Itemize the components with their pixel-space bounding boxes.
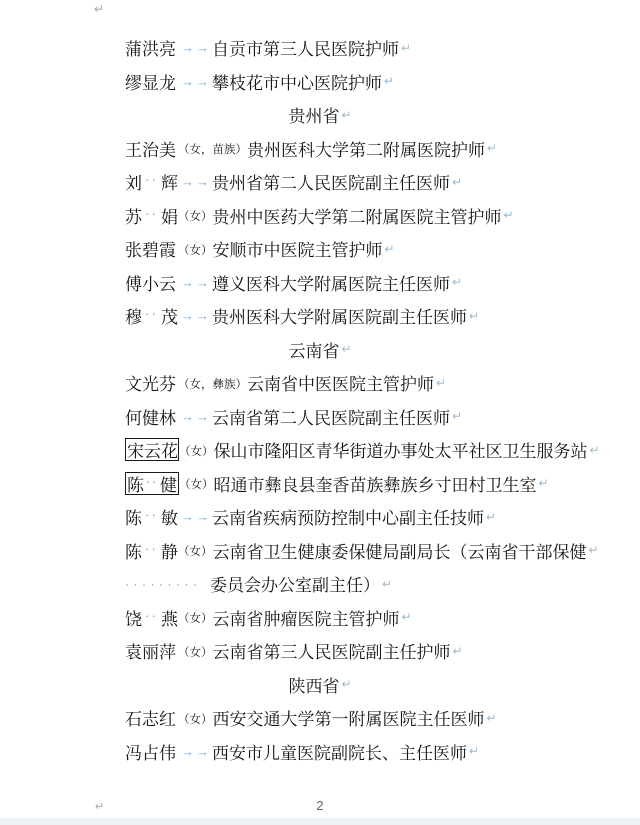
affiliation-text: 云南省疾病预防控制中心副主任技师 <box>212 504 484 529</box>
tab-marks: →→ <box>178 74 212 89</box>
tab-arrow-icon: → <box>181 40 194 55</box>
document-page: ↵ 蒲洪亮→→自贡市第三人民医院护师↵缪显龙→→攀枝花市中心医院护师↵贵州省↵王… <box>0 0 640 818</box>
paragraph-mark-icon: ↵ <box>469 744 479 758</box>
paragraph-mark-icon: ↵ <box>382 577 392 591</box>
gender-qualifier: （女） <box>178 541 213 559</box>
tab-arrow-icon: → <box>196 308 209 323</box>
gender-qualifier: （女） <box>178 240 213 258</box>
tab-arrow-icon: → <box>196 174 209 189</box>
entry-line: 何健林→→云南省第二人民医院副主任医师↵ <box>0 400 640 434</box>
paragraph-mark-icon: ↵ <box>452 275 462 289</box>
person-name: 宋云花 <box>127 437 178 462</box>
entry-line: 宋云花（女）保山市隆阳区青华街道办事处太平社区卫生服务站↵ <box>0 433 640 467</box>
entry-line: 王治美（女，苗族）贵州医科大学第二附属医院护师↵ <box>0 132 640 166</box>
tab-marks: →→ <box>178 275 212 290</box>
entry-line: 傅小云→→遵义医科大学附属医院主任医师↵ <box>0 266 640 300</box>
tab-arrow-icon: → <box>181 174 194 189</box>
entry-line: 缪显龙→→攀枝花市中心医院护师↵ <box>0 65 640 99</box>
paragraph-mark-icon: ↵ <box>504 208 514 222</box>
entry-line: 穆··茂→→贵州医科大学附属医院副主任医师↵ <box>0 299 640 333</box>
section-heading: 云南省↵ <box>0 333 640 367</box>
name-box: 宋云花 <box>125 438 179 461</box>
affiliation-text: 云南省第二人民医院副主任医师 <box>212 404 450 429</box>
person-name: 饶··燕 <box>125 605 178 630</box>
paragraph-mark-icon: ↵ <box>452 175 462 189</box>
tab-arrow-icon: → <box>181 308 194 323</box>
person-name: 傅小云 <box>125 270 178 295</box>
person-name: 辉 <box>161 169 178 194</box>
tab-arrow-icon: → <box>181 275 194 290</box>
entry-continuation-line: ·········委员会办公室副主任）↵ <box>0 567 640 601</box>
gender-qualifier: （女） <box>178 642 213 660</box>
affiliation-text: 云南省肿瘤医院主管护师 <box>213 605 400 630</box>
person-name: 张碧霞 <box>125 236 176 261</box>
person-name: 何健林 <box>125 404 176 429</box>
person-name: 苏 <box>125 203 142 228</box>
tab-arrow-icon: → <box>196 509 209 524</box>
person-name: 穆 <box>125 303 142 328</box>
person-name: 王治美 <box>125 136 176 161</box>
tab-marks: →→ <box>178 40 212 55</box>
person-name: 燕 <box>161 605 178 630</box>
gender-qualifier: （女，苗族） <box>178 139 247 157</box>
space-marks: ·· <box>146 474 159 489</box>
person-name: 茂 <box>161 303 178 328</box>
tab-marks: →→ <box>178 509 212 524</box>
page-footer: ↵ 2 <box>0 797 640 817</box>
person-name: 冯占伟 <box>125 739 178 764</box>
affiliation-text: 贵州中医药大学第二附属医院主管护师 <box>213 203 502 228</box>
affiliation-text: 自贡市第三人民医院护师 <box>212 35 399 60</box>
section-title: 贵州省 <box>288 102 339 127</box>
section-heading: 贵州省↵ <box>0 98 640 132</box>
person-name: 冯占伟 <box>125 739 176 764</box>
paragraph-mark-icon: ↵ <box>436 376 446 390</box>
entry-line: 陈··健（女）昭通市彝良县奎香苗族彝族乡寸田村卫生室↵ <box>0 467 640 501</box>
entry-line: 袁丽萍（女）云南省第三人民医院副主任护师↵ <box>0 634 640 668</box>
paragraph-mark-icon: ↵ <box>469 309 479 323</box>
affiliation-text: 贵州医科大学附属医院副主任医师 <box>212 303 467 328</box>
tab-arrow-icon: → <box>181 744 194 759</box>
person-name: 王治美 <box>125 136 178 161</box>
gender-qualifier: （女） <box>178 206 213 224</box>
tab-marks: →→ <box>178 409 212 424</box>
person-name: 刘 <box>125 169 142 194</box>
gender-qualifier: （女） <box>178 709 213 727</box>
paragraph-mark-icon: ↵ <box>341 677 351 691</box>
affiliation-text: 贵州省第二人民医院副主任医师 <box>212 169 450 194</box>
section-title: 陕西省 <box>288 672 339 697</box>
space-marks: ·· <box>145 306 158 321</box>
space-marks: ·· <box>145 608 158 623</box>
space-marks: ·· <box>145 541 158 556</box>
affiliation-text: 云南省中医医院主管护师 <box>247 370 434 395</box>
paragraph-mark-icon: ↵ <box>385 242 395 256</box>
page-number: 2 <box>0 798 640 813</box>
person-name: 石志红 <box>125 705 178 730</box>
person-name: 刘··辉 <box>125 169 178 194</box>
tab-arrow-icon: → <box>196 409 209 424</box>
entry-line: 饶··燕（女）云南省肿瘤医院主管护师↵ <box>0 601 640 635</box>
tab-arrow-icon: → <box>196 74 209 89</box>
paragraph-mark-icon: ↵ <box>453 644 463 658</box>
person-name: 饶 <box>125 605 142 630</box>
affiliation-text: 委员会办公室副主任） <box>210 571 380 596</box>
space-marks: ·· <box>145 206 158 221</box>
person-name: 陈 <box>125 504 142 529</box>
space-marks: ········· <box>125 577 210 591</box>
entry-line: 石志红（女）西安交通大学第一附属医院主任医师↵ <box>0 701 640 735</box>
affiliation-text: 云南省第三人民医院副主任护师 <box>213 638 451 663</box>
person-name: 敏 <box>161 504 178 529</box>
paragraph-mark-icon: ↵ <box>402 610 412 624</box>
tab-marks: →→ <box>178 744 212 759</box>
entry-line: 冯占伟→→西安市儿童医院副院长、主任医师↵ <box>0 735 640 769</box>
tab-arrow-icon: → <box>196 275 209 290</box>
person-name: 袁丽萍 <box>125 638 178 663</box>
person-name: 缪显龙 <box>125 69 178 94</box>
entry-line: 陈··敏→→云南省疾病预防控制中心副主任技师↵ <box>0 500 640 534</box>
affiliation-text: 云南省卫生健康委保健局副局长（云南省干部保健 <box>213 538 587 563</box>
gender-qualifier: （女） <box>179 474 214 492</box>
affiliation-text: 攀枝花市中心医院护师 <box>212 69 382 94</box>
paragraph-mark-icon: ↵ <box>590 443 600 457</box>
gender-qualifier: （女，彝族） <box>178 374 247 392</box>
affiliation-text: 贵州医科大学第二附属医院护师 <box>247 136 485 161</box>
tab-arrow-icon: → <box>181 74 194 89</box>
document-body: 蒲洪亮→→自贡市第三人民医院护师↵缪显龙→→攀枝花市中心医院护师↵贵州省↵王治美… <box>0 31 640 768</box>
paragraph-mark-icon: ↵ <box>341 342 351 356</box>
affiliation-text: 昭通市彝良县奎香苗族彝族乡寸田村卫生室 <box>214 471 537 496</box>
paragraph-mark-icon: ↵ <box>401 41 411 55</box>
paragraph-mark-icon: ↵ <box>487 711 497 725</box>
person-name: 文光芬 <box>125 370 176 395</box>
person-name: 穆··茂 <box>125 303 178 328</box>
space-marks: ·· <box>145 172 158 187</box>
entry-line: 刘··辉→→贵州省第二人民医院副主任医师↵ <box>0 165 640 199</box>
affiliation-text: 遵义医科大学附属医院主任医师 <box>212 270 450 295</box>
person-name: 何健林 <box>125 404 178 429</box>
person-name: 缪显龙 <box>125 69 176 94</box>
paragraph-mark-icon: ↵ <box>589 543 599 557</box>
entry-line: 蒲洪亮→→自贡市第三人民医院护师↵ <box>0 31 640 65</box>
paragraph-mark-icon: ↵ <box>452 409 462 423</box>
tab-arrow-icon: → <box>196 40 209 55</box>
tab-arrow-icon: → <box>196 744 209 759</box>
paragraph-mark-icon: ↵ <box>94 2 104 16</box>
person-name: 陈··敏 <box>125 504 178 529</box>
paragraph-mark-icon: ↵ <box>384 74 394 88</box>
gender-qualifier: （女） <box>179 441 214 459</box>
person-name: 陈 <box>127 471 144 496</box>
entry-line: 苏··娟（女）贵州中医药大学第二附属医院主管护师↵ <box>0 199 640 233</box>
person-name: 健 <box>160 471 177 496</box>
section-title: 云南省 <box>288 337 339 362</box>
paragraph-mark-icon: ↵ <box>341 108 351 122</box>
affiliation-text: 西安交通大学第一附属医院主任医师 <box>213 705 485 730</box>
entry-line: 文光芬（女，彝族）云南省中医医院主管护师↵ <box>0 366 640 400</box>
page-edge <box>0 818 640 825</box>
gender-qualifier: （女） <box>178 608 213 626</box>
person-name: 蒲洪亮 <box>125 35 178 60</box>
person-name: 傅小云 <box>125 270 176 295</box>
paragraph-mark-icon: ↵ <box>539 476 549 490</box>
person-name: 张碧霞 <box>125 236 178 261</box>
affiliation-text: 安顺市中医院主管护师 <box>213 236 383 261</box>
person-name: 石志红 <box>125 705 176 730</box>
paragraph-mark-icon: ↵ <box>487 141 497 155</box>
section-heading: 陕西省↵ <box>0 668 640 702</box>
person-name: 袁丽萍 <box>125 638 176 663</box>
person-name: 苏··娟 <box>125 203 178 228</box>
tab-marks: →→ <box>178 174 212 189</box>
name-box: 陈··健 <box>125 472 179 495</box>
person-name: 静 <box>161 538 178 563</box>
person-name: 文光芬 <box>125 370 178 395</box>
person-name: 蒲洪亮 <box>125 35 176 60</box>
person-name: 娟 <box>161 203 178 228</box>
affiliation-text: 西安市儿童医院副院长、主任医师 <box>212 739 467 764</box>
person-name: 陈 <box>125 538 142 563</box>
space-marks: ·· <box>145 507 158 522</box>
affiliation-text: 保山市隆阳区青华街道办事处太平社区卫生服务站 <box>214 437 588 462</box>
entry-line: 张碧霞（女）安顺市中医院主管护师↵ <box>0 232 640 266</box>
tab-arrow-icon: → <box>181 509 194 524</box>
person-name: 陈··静 <box>125 538 178 563</box>
tab-arrow-icon: → <box>181 409 194 424</box>
tab-marks: →→ <box>178 308 212 323</box>
entry-line: 陈··静（女）云南省卫生健康委保健局副局长（云南省干部保健↵ <box>0 534 640 568</box>
paragraph-mark-icon: ↵ <box>486 510 496 524</box>
